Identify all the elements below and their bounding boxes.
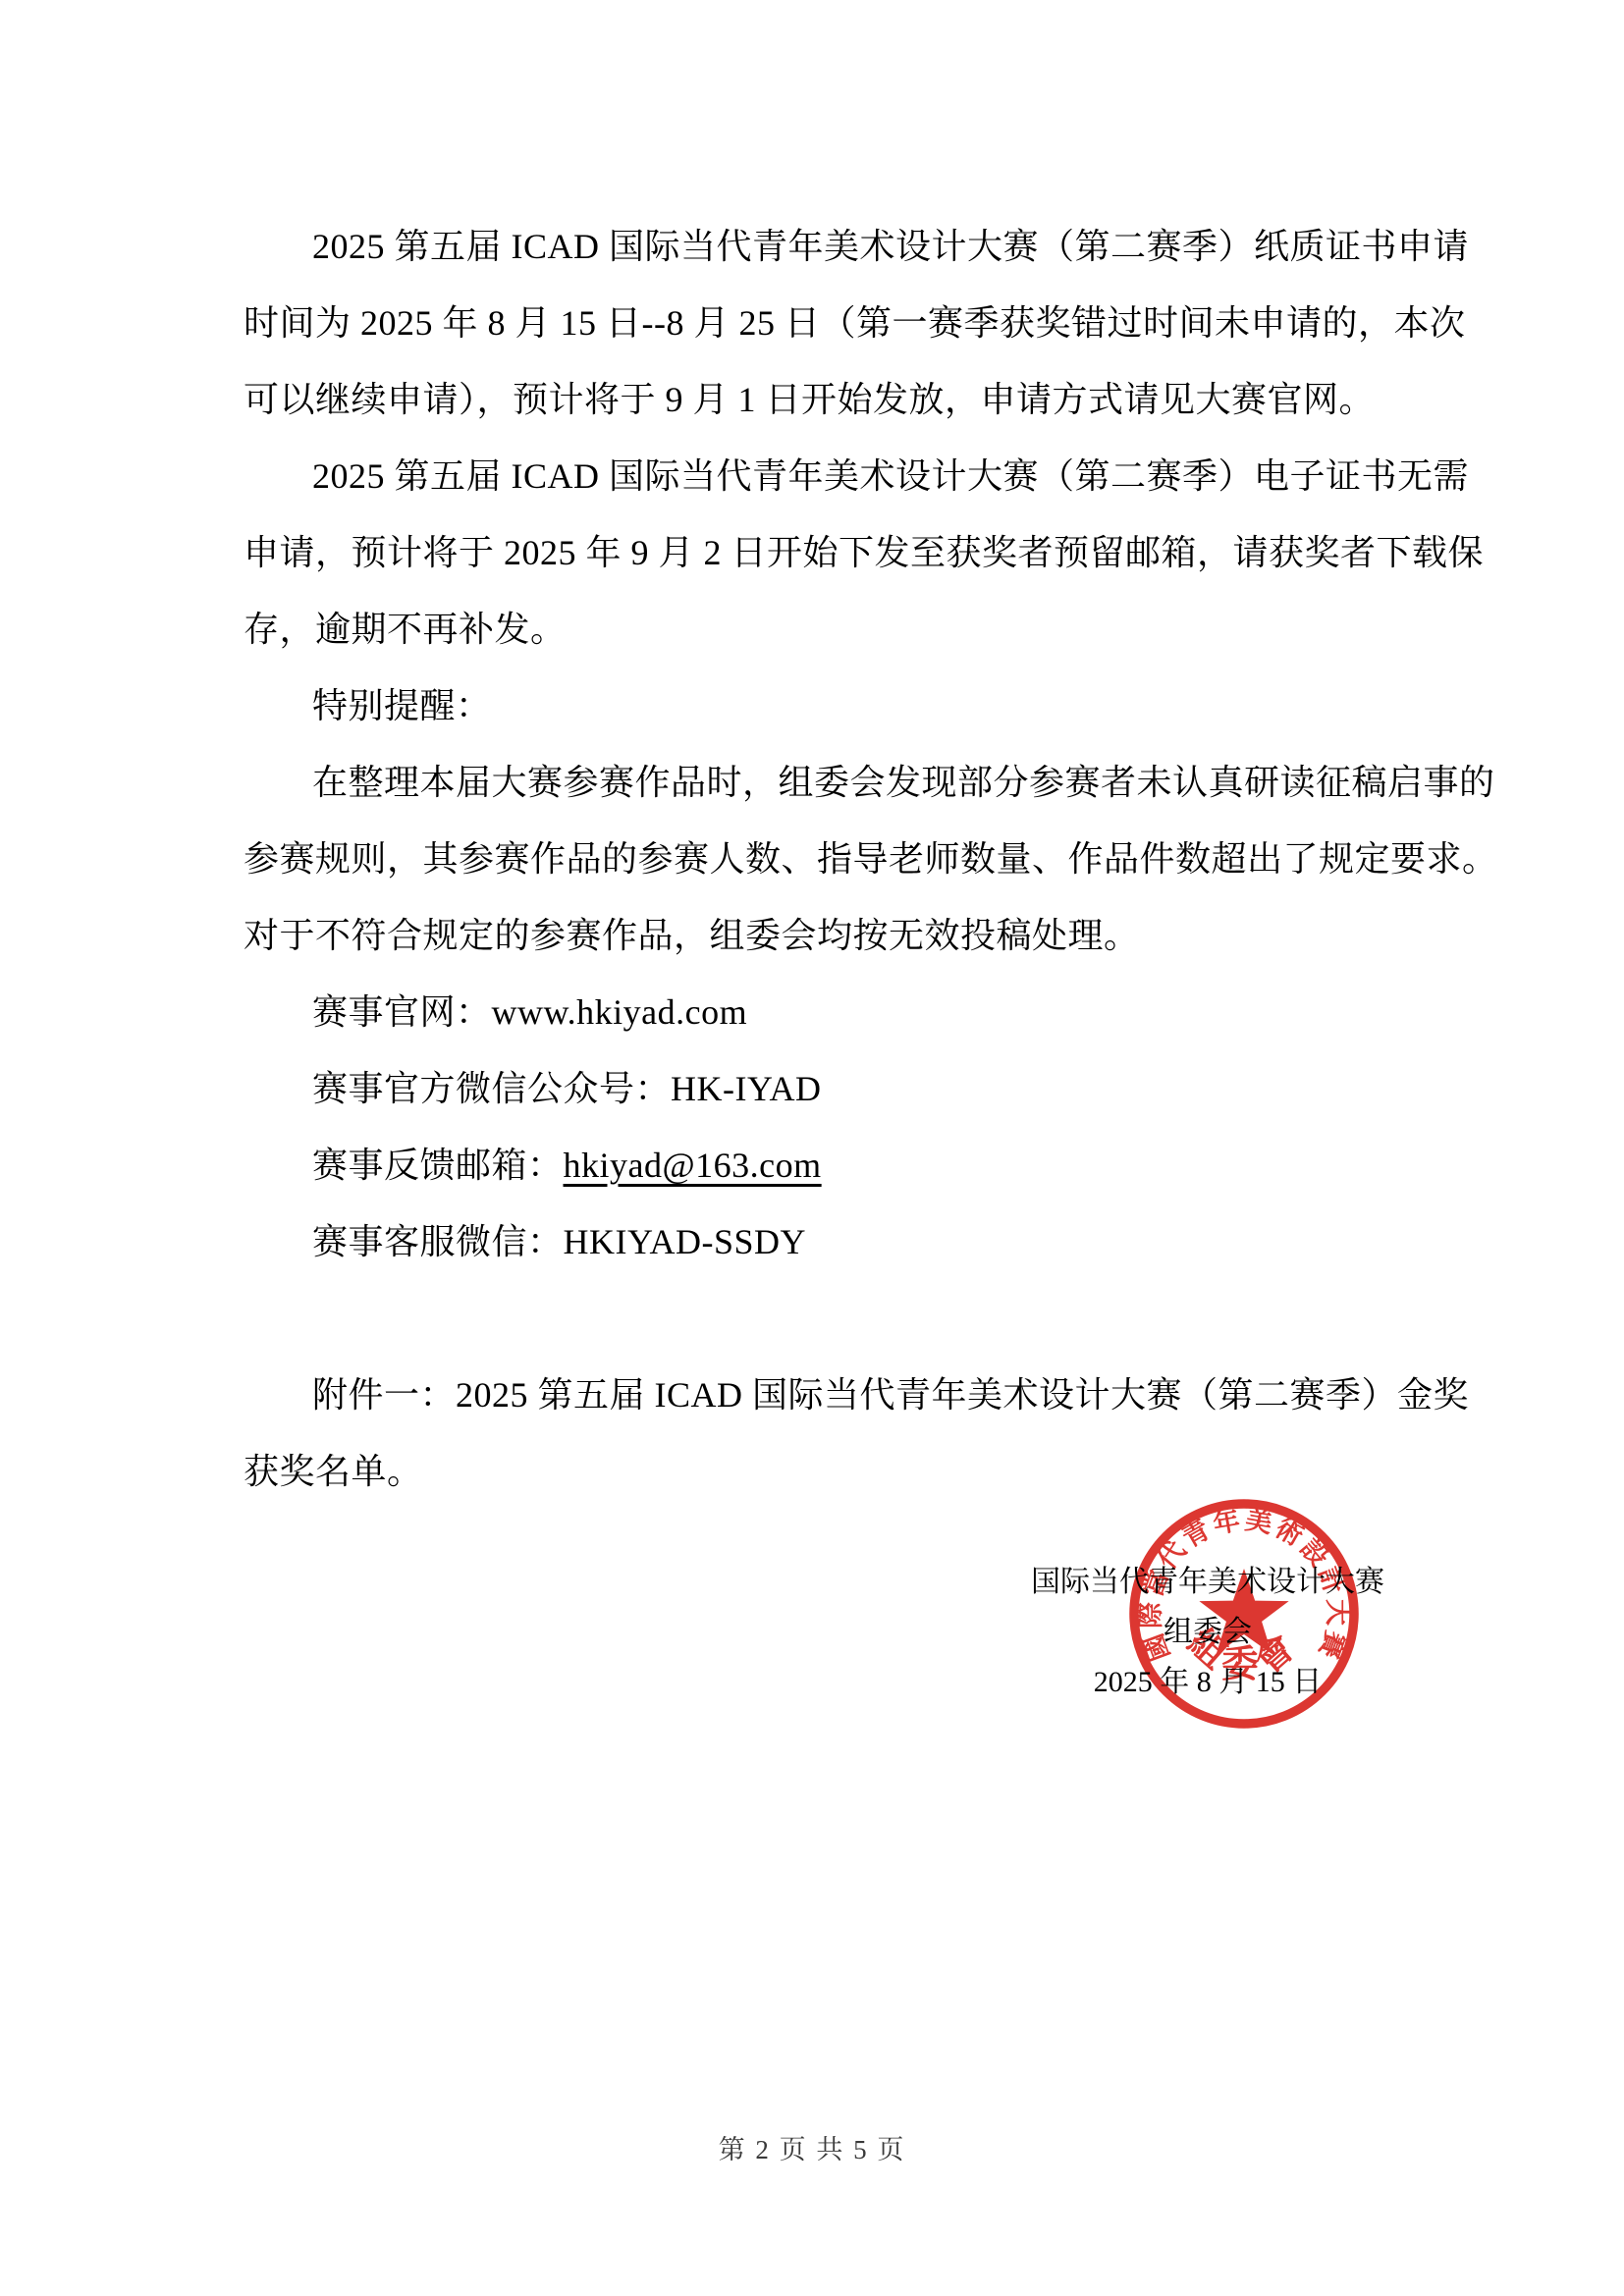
paragraph-line: 2025 第五届 ICAD 国际当代青年美术设计大赛（第二赛季）电子证书无需 (244, 438, 1412, 514)
document-body: 2025 第五届 ICAD 国际当代青年美术设计大赛（第二赛季）纸质证书申请 时… (244, 208, 1412, 1510)
official-seal-stamp: 國際當代青年美術設計大賽 組委會 (1126, 1496, 1362, 1732)
paragraph-line: 2025 第五届 ICAD 国际当代青年美术设计大赛（第二赛季）纸质证书申请 (244, 208, 1412, 285)
paragraph-line: 参赛规则，其参赛作品的参赛人数、指导老师数量、作品件数超出了规定要求。 (244, 821, 1412, 897)
seal-icon: 國際當代青年美術設計大賽 組委會 (1126, 1496, 1362, 1732)
special-reminder-heading: 特别提醒： (244, 667, 1412, 744)
paragraph-line: 在整理本届大赛参赛作品时，组委会发现部分参赛者未认真研读征稿启事的 (244, 744, 1412, 821)
official-website-line: 赛事官网：www.hkiyad.com (244, 974, 1412, 1050)
paragraph-line: 存，逾期不再补发。 (244, 591, 1412, 667)
document-page: 2025 第五届 ICAD 国际当代青年美术设计大赛（第二赛季）纸质证书申请 时… (0, 0, 1624, 2296)
paragraph-line: 申请，预计将于 2025 年 9 月 2 日开始下发至获奖者预留邮箱，请获奖者下… (244, 514, 1412, 591)
page-number-footer: 第 2 页 共 5 页 (0, 2128, 1624, 2171)
feedback-email-line: 赛事反馈邮箱：hkiyad@163.com (244, 1127, 1412, 1203)
paragraph-line: 时间为 2025 年 8 月 15 日--8 月 25 日（第一赛季获奖错过时间… (244, 285, 1412, 361)
feedback-email-label: 赛事反馈邮箱： (312, 1146, 564, 1185)
customer-service-wechat-line: 赛事客服微信：HKIYAD-SSDY (244, 1203, 1412, 1280)
blank-line (244, 1280, 1412, 1357)
paragraph-line: 可以继续申请），预计将于 9 月 1 日开始发放，申请方式请见大赛官网。 (244, 361, 1412, 438)
feedback-email-link[interactable]: hkiyad@163.com (564, 1146, 822, 1185)
attachment-line: 附件一：2025 第五届 ICAD 国际当代青年美术设计大赛（第二赛季）金奖 (244, 1357, 1412, 1433)
paragraph-line: 对于不符合规定的参赛作品，组委会均按无效投稿处理。 (244, 897, 1412, 974)
wechat-official-account-line: 赛事官方微信公众号：HK-IYAD (244, 1050, 1412, 1127)
